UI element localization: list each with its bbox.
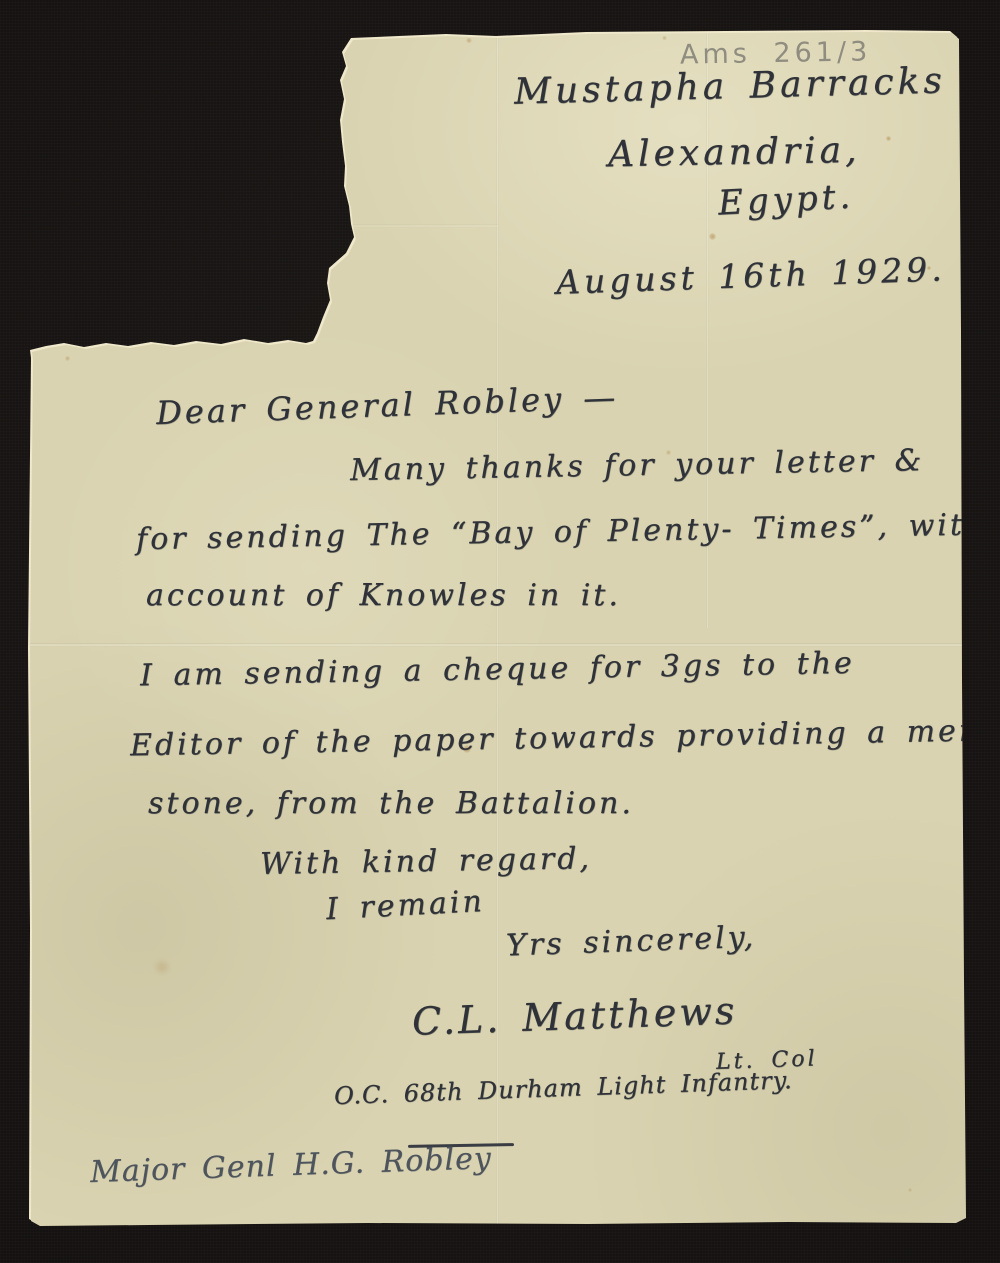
stain-spot bbox=[908, 1188, 912, 1192]
closing-line-1: With kind regard, bbox=[260, 841, 592, 882]
stain-spot bbox=[466, 38, 472, 43]
salutation: Dear General Robley — bbox=[155, 378, 618, 432]
signature: C.L. Matthews bbox=[411, 988, 738, 1043]
body-line-2: for sending The “Bay of Plenty- Times”, … bbox=[136, 506, 1000, 557]
heading-address-line1: Mustapha Barracks bbox=[514, 60, 947, 112]
body-line-3: account of Knowles in it. bbox=[146, 578, 621, 613]
vertical-fold-crease bbox=[496, 30, 499, 1226]
body-line-4: I am sending a cheque for 3gs to the bbox=[140, 646, 855, 693]
body-line-5: Editor of the paper towards providing a … bbox=[130, 712, 1000, 763]
signature-unit: O.C. 68th Durham Light Infantry. bbox=[334, 1066, 793, 1110]
body-line-1: Many thanks for your letter & bbox=[350, 443, 925, 488]
closing-line-2: I remain bbox=[325, 884, 485, 927]
horizontal-fold-crease bbox=[28, 224, 498, 228]
stain-spot bbox=[154, 960, 170, 974]
letter-paper: Ams 261/3 Mustapha Barracks Alexandria, … bbox=[28, 30, 966, 1226]
stain-spot bbox=[65, 356, 70, 361]
photo-background: Ams 261/3 Mustapha Barracks Alexandria, … bbox=[0, 0, 1000, 1263]
heading-date-line: August 16th 1929. bbox=[555, 249, 946, 302]
stain-spot bbox=[709, 233, 716, 240]
stain-spot bbox=[662, 36, 667, 40]
heading-address-line3: Egypt. bbox=[717, 176, 855, 223]
stain-spot bbox=[886, 136, 891, 141]
closing-line-3: Yrs sincerely, bbox=[505, 920, 756, 964]
heading-address-line2: Alexandria, bbox=[608, 130, 861, 175]
addressee-note: Major Genl H.G. Robley bbox=[90, 1141, 493, 1190]
body-line-6: stone, from the Battalion. bbox=[148, 786, 634, 821]
